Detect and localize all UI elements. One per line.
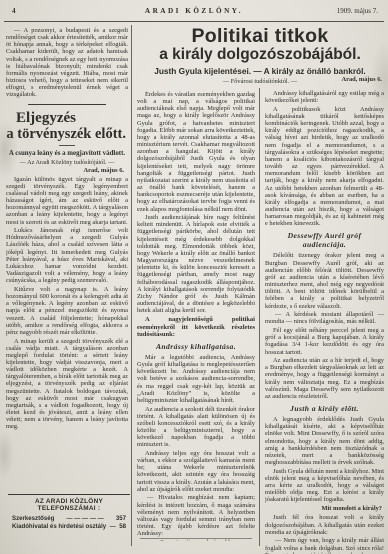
left-article-subtitle: A csunya leány és a megjavított vádlott.: [6, 150, 128, 157]
middle-column-end-rule: [140, 538, 252, 539]
title-divider: [59, 145, 75, 146]
telephone-row: Szerkesztőség — — — — — 357: [10, 515, 128, 522]
header-rule: [4, 21, 384, 22]
quote-paragraph: — Nem úgy van, hogy a király már állást …: [265, 537, 384, 554]
telephone-number: 58: [119, 523, 126, 530]
body-paragraph: Andrássy kihallgatásáról egy estilap még…: [265, 90, 384, 104]
telephone-label: Kiadóhivatal és hirdetési osztály: [12, 523, 106, 530]
section-divider: [28, 104, 106, 105]
body-paragraph: Justh audienciájának híre nagy feltűnést…: [137, 214, 255, 314]
main-dateline: Arad, május 6.: [262, 76, 382, 83]
body-paragraph: Andrássy teljes egy óra hosszat volt a v…: [137, 450, 255, 493]
body-paragraph: A minap került a szegedi törvényszék elé…: [6, 338, 128, 431]
subheading-dessewffy: Dessewffy Aurél gróf audienciája.: [265, 231, 384, 249]
body-paragraph: Justh fél óra hosszat volt a király dolg…: [265, 514, 384, 535]
body-paragraph: Az audiencia után az a hír terjedt el, h…: [265, 357, 384, 400]
right-column: Andrássy kihallgatásáról egy estilap még…: [265, 90, 384, 554]
body-paragraph: Justh Gyula délután ment a királyhoz. Mi…: [265, 468, 384, 504]
left-article-title-line1: Eljegyzés: [6, 110, 128, 126]
main-title-line1: Politikai titkok: [134, 26, 386, 46]
body-paragraph: Lukács Jánosnak régi ismerőse volt Hódme…: [6, 227, 128, 284]
newspaper-page: 4 ARADI KÖZLÖNY. 1909. május 7. — A pozs…: [0, 0, 388, 554]
body-paragraph: A politikusok közt Andrássy kihallgatásá…: [265, 106, 384, 228]
issue-date: 1909. május 7.: [337, 7, 378, 15]
column-rule-left: [131, 25, 132, 546]
main-subtitle: Justh Gyula kijelentései. — A király az …: [134, 66, 386, 76]
dash-leader: —: [106, 523, 119, 530]
telephone-box-title: AZ ARADI KÖZLÖNY TELEFONSZÁMAI :: [10, 498, 128, 512]
main-title-line2: a király dolgozószobájából.: [134, 46, 386, 63]
telephone-number: 357: [116, 515, 126, 522]
middle-column: Érdekes és váratlan eseményekben gazdag …: [137, 91, 255, 541]
page-header: 4 ARADI KÖZLÖNY. 1909. május 7.: [0, 6, 388, 20]
subheading-justh: Justh a király előtt.: [265, 404, 384, 413]
body-paragraph: Délelőtt tizenegy órakor jelent meg a Bu…: [265, 252, 384, 309]
body-paragraph: Az audiencia a szokott déli tizenkét óra…: [137, 406, 255, 449]
continuation-paragraph: — A pozsonyi, a budapesti és a szegedi r…: [6, 27, 128, 99]
lead-paragraph: A nagyjelentőségű politikai eseményekről…: [137, 316, 255, 338]
kicker-what-king-said: Mit mondott a király?: [265, 505, 382, 512]
quote-paragraph: — Hivatalos megbízást nem kaptam; kérdés…: [137, 494, 255, 537]
body-paragraph: Igazán különös ügyet tárgyalt a minap a …: [6, 176, 128, 226]
body-paragraph: Kitűzve volt a nagynap is. A leány hozom…: [6, 286, 128, 336]
body-paragraph: Érdekes és váratlan eseményekben gazdag …: [137, 91, 255, 213]
body-paragraph: Már a legutóbbi audiencia, Andrássy Gyul…: [137, 354, 255, 404]
telephone-row: Kiadóhivatal és hirdetési osztály — 58: [10, 523, 128, 530]
left-article-byline: — Az Aradi Közlöny tudósítójától. —: [6, 159, 128, 166]
left-article-dateline: Arad, május 6.: [6, 167, 128, 174]
quote-paragraph: — Semmi új eredményekhez nem jutottunk a…: [137, 539, 255, 541]
body-paragraph: Fél egy előtt néhány perccel jelent meg …: [265, 327, 384, 356]
telephone-label: Szerkesztőség: [12, 515, 54, 522]
subheading-andrassy: Andrássy kihallgatása.: [137, 342, 255, 351]
quote-paragraph: — A kérdések mostani állapotáról — mondt…: [265, 311, 384, 325]
body-paragraph: A legnagyobb érdeklődés Justh Gyula kiha…: [265, 416, 384, 466]
dash-leader: — — — — —: [54, 515, 115, 522]
left-article-title-line2: a törvényszék előtt.: [6, 126, 128, 142]
left-column: — A pozsonyi, a budapesti és a szegedi r…: [6, 27, 128, 490]
telephone-box: AZ ARADI KÖZLÖNY TELEFONSZÁMAI : Szerkes…: [8, 494, 130, 534]
masthead-title: ARADI KÖZLÖNY.: [0, 7, 388, 15]
column-rule-right: [259, 88, 260, 546]
